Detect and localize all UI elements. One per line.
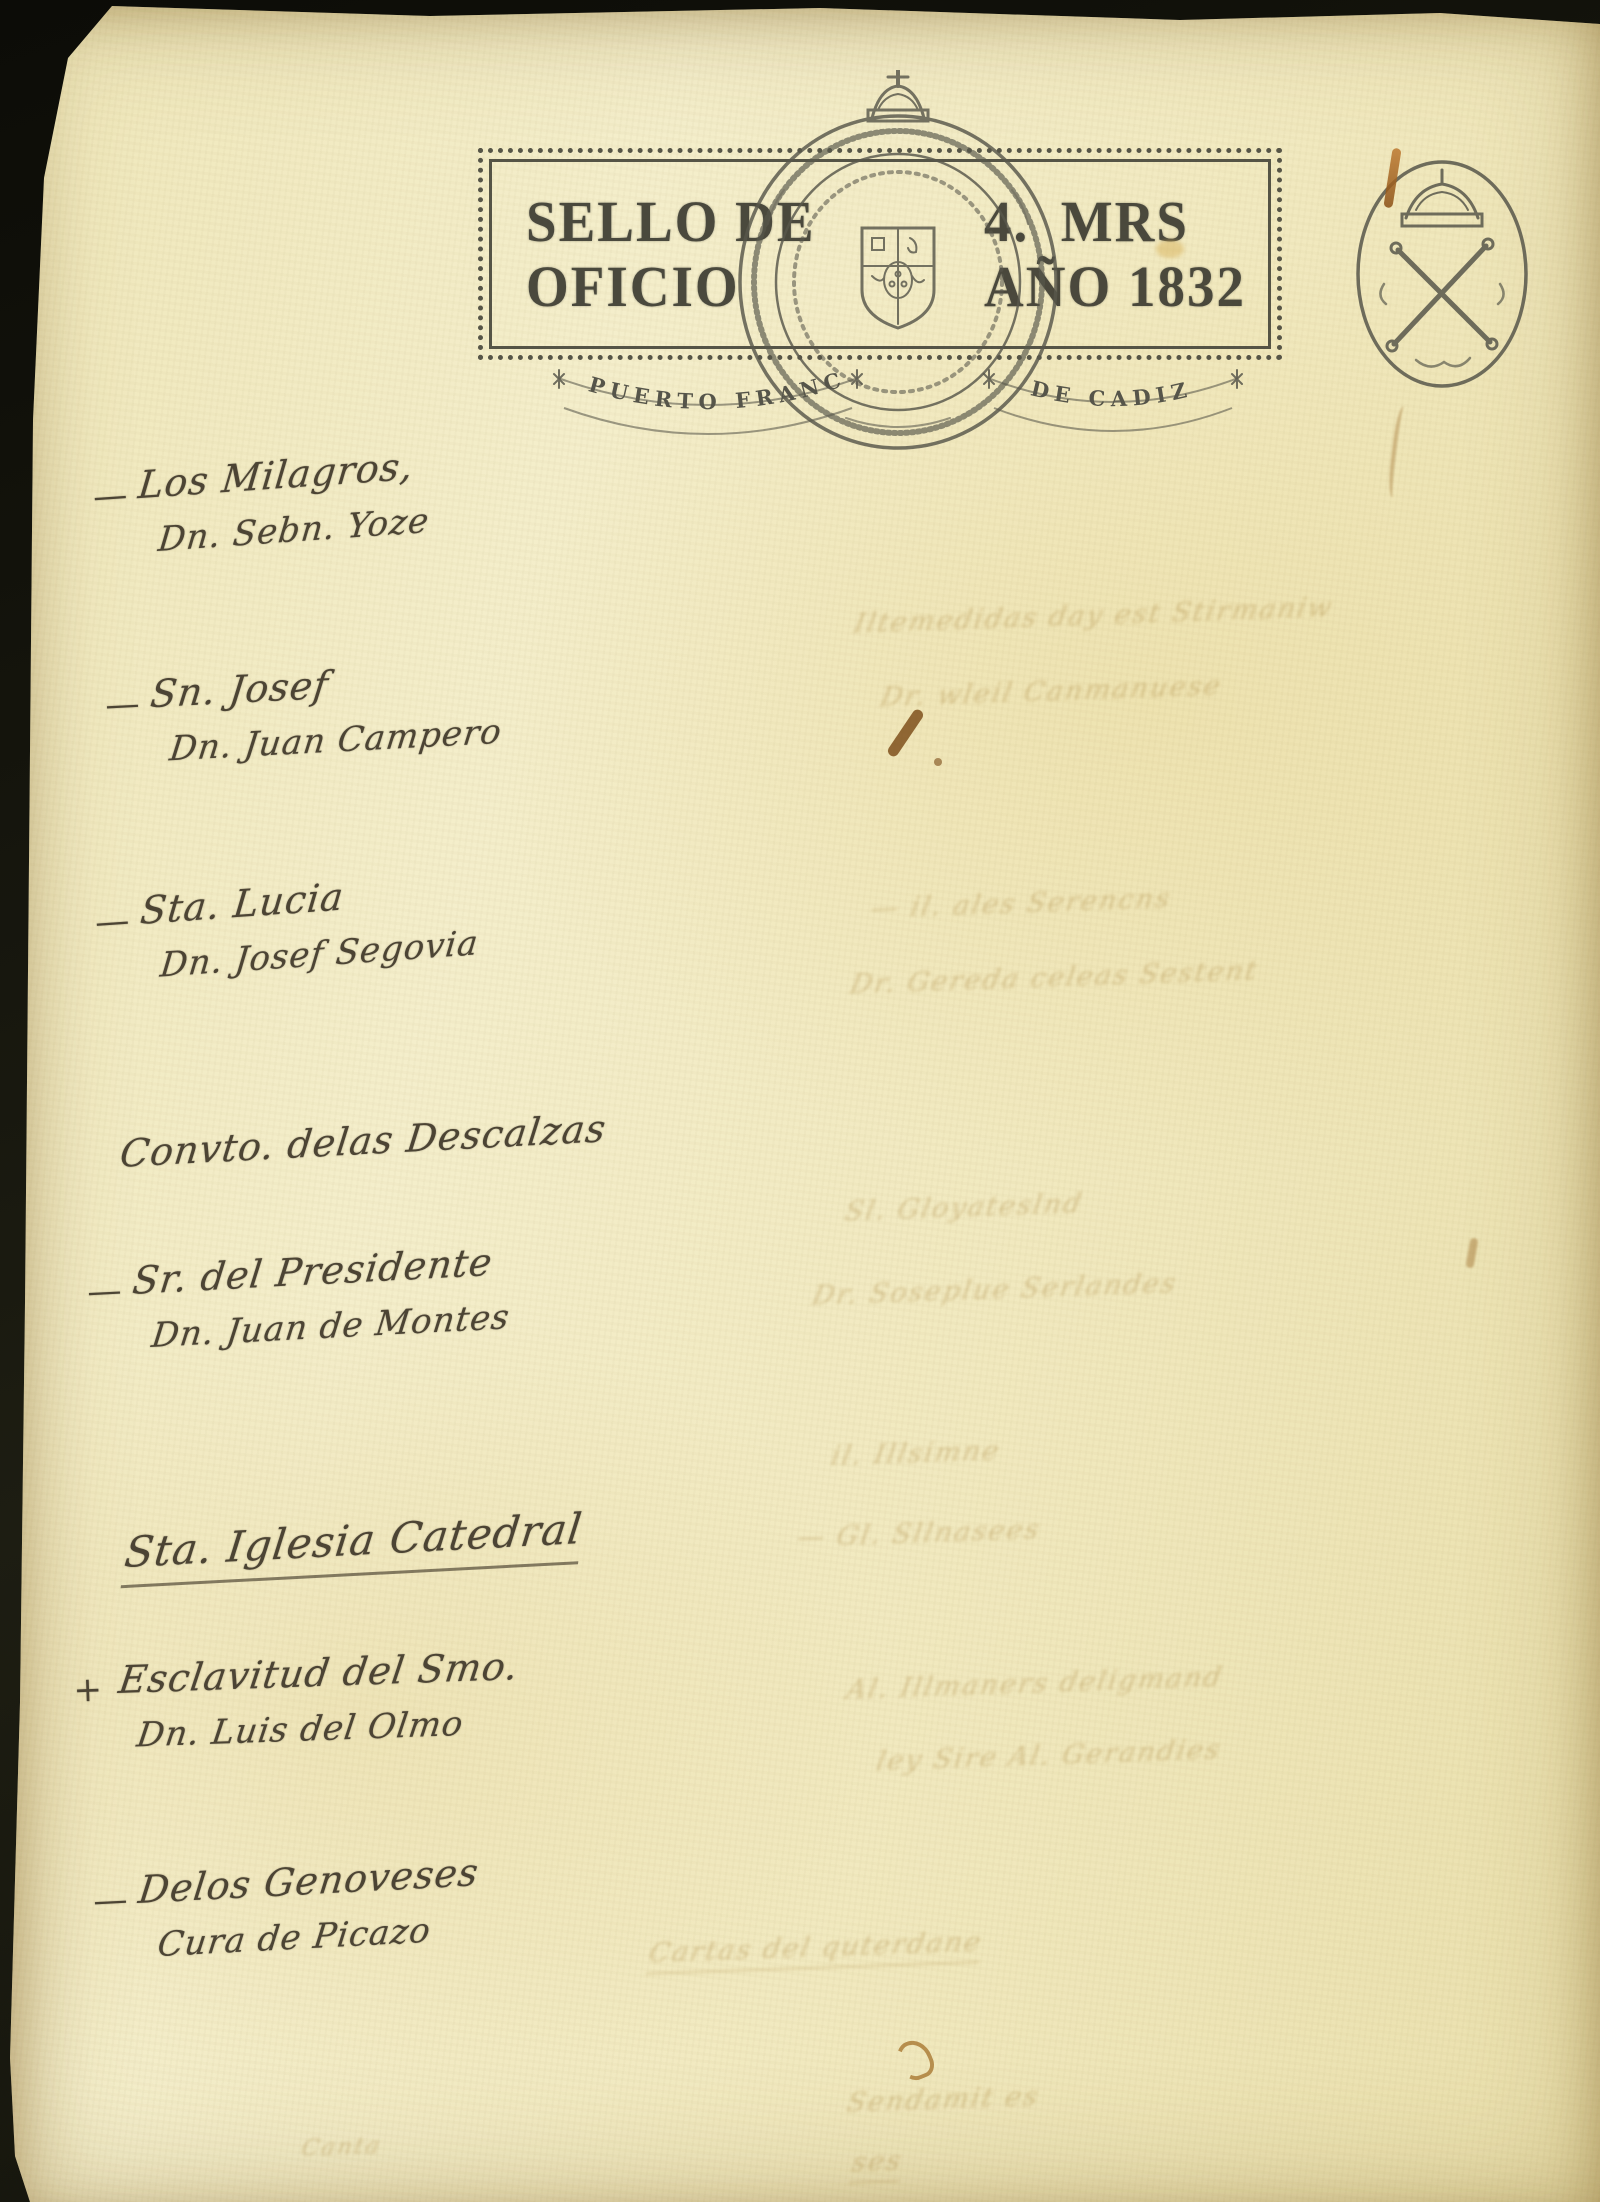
bleedthrough-line: Dr. Gereda celeas Sestent bbox=[848, 955, 1261, 1000]
bleedthrough-line: ley Sire Al. Gerandies bbox=[874, 1734, 1224, 1777]
entry-genoveses: — Delos Genoveses Cura de Picazo bbox=[137, 1843, 483, 1972]
bleedthrough-line: — il. ales Serencns bbox=[868, 883, 1174, 924]
entry-dash: — bbox=[92, 1874, 130, 1928]
bleedthrough-line: Dr. Soseplue Serlandes bbox=[810, 1268, 1180, 1312]
brown-ink-dot bbox=[934, 758, 942, 766]
entry-dash: — bbox=[91, 469, 130, 524]
bleedthrough-line-underlined: ses bbox=[849, 2145, 906, 2184]
embossed-crown-seal-icon bbox=[1350, 144, 1534, 394]
entry-esclavitud: + Esclavitud del Smo. Dn. Luis del Olmo bbox=[118, 1637, 521, 1762]
bleedthrough-line: Canta bbox=[299, 2133, 383, 2162]
entry-san-josef: — Sn. Josef Dn. Juan Campero bbox=[149, 647, 503, 777]
entry-los-milagros: — Los Milagros, Dn. Sebn. Yoze bbox=[136, 436, 431, 567]
entry-dash: — bbox=[104, 678, 142, 732]
royal-coat-of-arms-stamp-icon bbox=[726, 70, 1070, 454]
entry-dash: — bbox=[86, 1264, 124, 1318]
entry-plus-marker: + bbox=[73, 1664, 104, 1718]
document-page: SELLO DE OFICIO 4. MRS AÑO 1832 bbox=[0, 0, 1600, 2202]
brown-ink-streak bbox=[886, 708, 925, 759]
bleedthrough-line: — Gl. Sllnasees bbox=[794, 1514, 1043, 1553]
bleedthrough-line: Al. Illmaners deligmand bbox=[844, 1661, 1226, 1705]
entry-del-presidente: — Sr. del Presidente Dn. Juan de Montes bbox=[131, 1232, 511, 1363]
bleedthrough-line: Dr. wleil Canmanuese bbox=[878, 670, 1225, 713]
bleedthrough-line-underlined: Cartas del quterdane bbox=[646, 1926, 986, 1975]
small-brown-dash bbox=[1465, 1238, 1478, 1269]
bleedthrough-line: Sl. Gloyateslnd bbox=[842, 1188, 1085, 1227]
bleedthrough-line: il. Illsimne bbox=[829, 1435, 1003, 1472]
scan-background: SELLO DE OFICIO 4. MRS AÑO 1832 bbox=[0, 0, 1600, 2202]
bleedthrough-line: Sendamit es bbox=[845, 2081, 1043, 2119]
bleedthrough-line: Iltemedidas day est Stirmaniw bbox=[852, 592, 1336, 640]
entry-dash: — bbox=[93, 895, 132, 950]
entry-santa-lucia: — Sta. Lucia Dn. Josef Segovia bbox=[139, 858, 481, 993]
brown-curl-stain bbox=[892, 2035, 939, 2085]
section-heading-iglesia-catedral: Sta. Iglesia Catedral bbox=[123, 1504, 583, 1588]
entry-convento-descalzas: Convto. delas Descalzas bbox=[119, 1099, 608, 1183]
faint-vertical-scrawl bbox=[1386, 405, 1413, 498]
entry-line1: Convto. delas Descalzas bbox=[117, 1099, 610, 1184]
